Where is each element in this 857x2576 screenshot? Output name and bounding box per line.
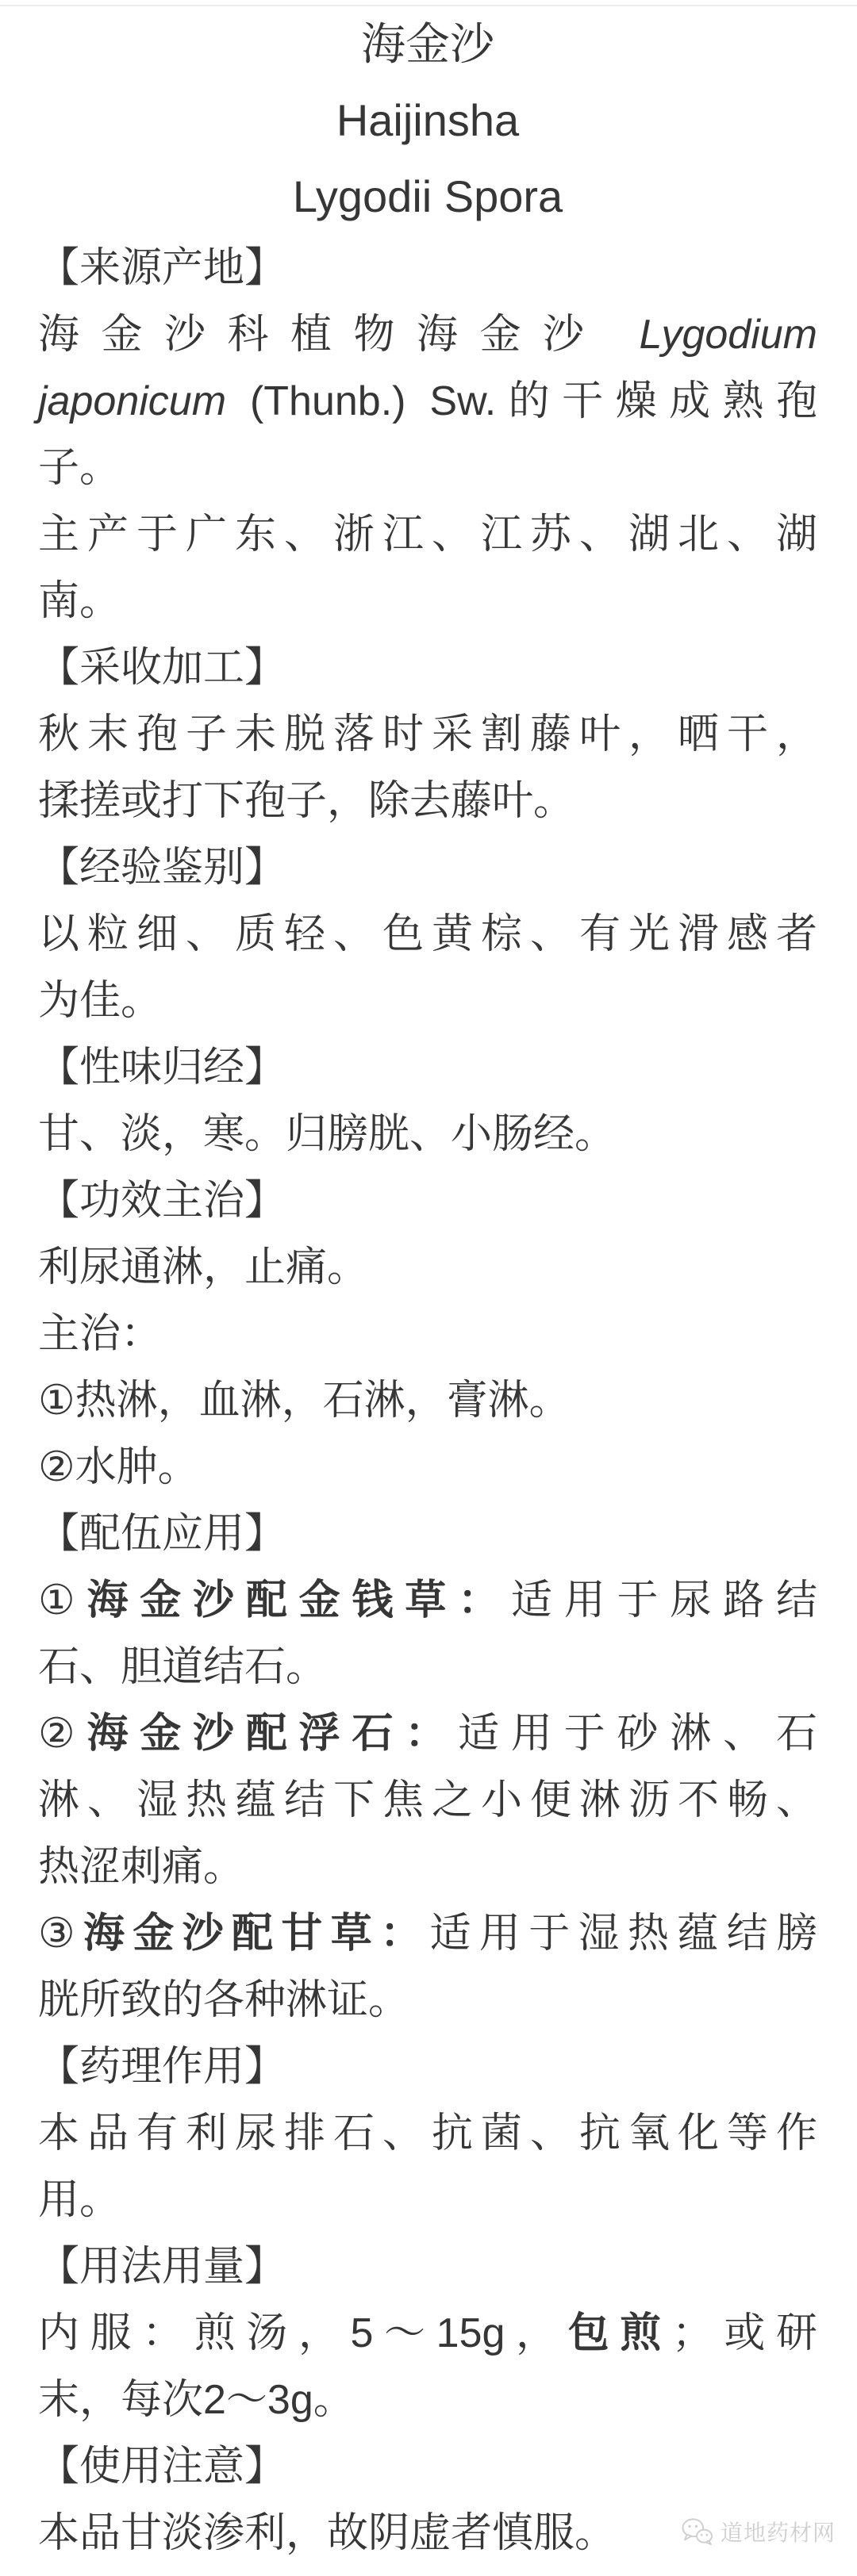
doc-line: ①热淋，血淋，石淋，膏淋。 xyxy=(38,1367,817,1434)
doc-line: 本品有利尿排石、抗菌、抗氧化等作 xyxy=(38,2100,817,2167)
doc-line: 以粒细、质轻、色黄棕、有光滑感者 xyxy=(38,901,817,968)
section-heading-combination: 【配伍应用】 xyxy=(38,1501,817,1567)
doc-line: 淋、湿热蕴结下焦之小便淋沥不畅、 xyxy=(38,1767,817,1834)
doc-line: 为佳。 xyxy=(38,968,817,1034)
doc-line: ①海金沙配金钱草：适用于尿路结 xyxy=(38,1567,817,1634)
text-run: ②水肿。 xyxy=(38,1444,199,1490)
text-run: 秋末孢子未脱落时采割藤叶，晒干， xyxy=(38,711,817,757)
doc-line: ②水肿。 xyxy=(38,1434,817,1501)
text-run: 【使用注意】 xyxy=(38,2444,286,2490)
text-run: 海金沙 xyxy=(361,19,494,69)
section-heading-pharmacology: 【药理作用】 xyxy=(38,2034,817,2100)
text-run: Lygodii Spora xyxy=(293,171,563,221)
text-run: 内服：煎汤，5～15g， xyxy=(38,2310,568,2356)
doc-line: ③海金沙配甘草：适用于湿热蕴结膀 xyxy=(38,1900,817,1967)
text-run: ；或研 xyxy=(672,2310,817,2356)
text-run: japonicum xyxy=(38,378,226,424)
doc-line: 甘、淡，寒。归膀胱、小肠经。 xyxy=(38,1101,817,1167)
doc-line: 南。 xyxy=(38,568,817,634)
text-run: 利尿通淋，止痛。 xyxy=(38,1244,368,1290)
text-run: 本品有利尿排石、抗菌、抗氧化等作 xyxy=(38,2110,817,2156)
text-run: 【配伍应用】 xyxy=(38,1511,286,1557)
text-run: 【用法用量】 xyxy=(38,2244,286,2290)
text-run: ② xyxy=(38,1711,86,1757)
doc-line: 海金沙科植物海金沙 Lygodium xyxy=(38,301,817,368)
text-run: 子。 xyxy=(38,445,121,491)
doc-line: 石、胆道结石。 xyxy=(38,1634,817,1700)
text-run: 海金沙科植物海金沙 xyxy=(38,312,639,358)
doc-line: 热涩刺痛。 xyxy=(38,1834,817,1900)
text-run: 主产于广东、浙江、江苏、湖北、湖 xyxy=(38,512,817,558)
text-run: 用。 xyxy=(38,2177,121,2223)
doc-line: 揉搓或打下孢子，除去藤叶。 xyxy=(38,768,817,834)
text-run: 石、胆道结石。 xyxy=(38,1644,327,1690)
text-run: 南。 xyxy=(38,578,121,624)
doc-line: 胱所致的各种淋证。 xyxy=(38,1967,817,2034)
doc-line: 主治： xyxy=(38,1301,817,1367)
doc-line: 利尿通淋，止痛。 xyxy=(38,1234,817,1301)
doc-line: 末，每次2～3g。 xyxy=(38,2367,817,2433)
doc-line: 用。 xyxy=(38,2167,817,2233)
text-run: 海金沙配甘草： xyxy=(83,1911,430,1957)
text-run: 适用于尿路结 xyxy=(511,1577,817,1623)
text-run: ① xyxy=(38,1577,86,1623)
doc-line: 主产于广东、浙江、江苏、湖北、湖 xyxy=(38,501,817,568)
section-heading-caution: 【使用注意】 xyxy=(38,2433,817,2500)
watermark-text: 道地药材网 xyxy=(721,2516,836,2547)
page: { "colors": { "text": "#363636", "backgr… xyxy=(0,0,857,2576)
text-run: ③ xyxy=(38,1911,83,1957)
text-run: 甘、淡，寒。归膀胱、小肠经。 xyxy=(38,1111,616,1157)
section-heading-harvest: 【采收加工】 xyxy=(38,634,817,701)
text-run: 【药理作用】 xyxy=(38,2044,286,2090)
text-run: 海金沙配浮石： xyxy=(86,1711,458,1757)
watermark: 道地药材网 xyxy=(681,2516,836,2547)
text-run: Haijinsha xyxy=(336,95,519,145)
title-pinyin: Haijinsha xyxy=(38,82,817,159)
text-run: 以粒细、质轻、色黄棕、有光滑感者 xyxy=(38,911,817,957)
text-run: 【性味归经】 xyxy=(38,1045,286,1091)
text-run: 【采收加工】 xyxy=(38,645,286,691)
text-run: ①热淋，血淋，石淋，膏淋。 xyxy=(38,1378,571,1424)
section-heading-nature: 【性味归经】 xyxy=(38,1034,817,1101)
text-run: 海金沙配金钱草： xyxy=(86,1577,510,1623)
text-run: 揉搓或打下孢子，除去藤叶。 xyxy=(38,778,575,824)
doc-line: 子。 xyxy=(38,435,817,501)
section-heading-effect: 【功效主治】 xyxy=(38,1167,817,1234)
section-heading-identify: 【经验鉴别】 xyxy=(38,834,817,901)
doc-line: 内服：煎汤，5～15g，包煎；或研 xyxy=(38,2300,817,2367)
text-run: 【来源产地】 xyxy=(38,245,286,291)
section-heading-dosage: 【用法用量】 xyxy=(38,2233,817,2300)
text-run: Lygodium xyxy=(639,312,817,358)
text-run: 适用于砂淋、石 xyxy=(458,1711,817,1757)
doc-line: japonicum (Thunb.) Sw.的干燥成熟孢 xyxy=(38,368,817,435)
text-run: 主治： xyxy=(38,1311,162,1357)
doc-line: 秋末孢子未脱落时采割藤叶，晒干， xyxy=(38,701,817,768)
text-run: 本品甘淡渗利，故阴虚者慎服。 xyxy=(38,2510,616,2556)
text-run: 末，每次2～3g。 xyxy=(38,2377,355,2423)
section-heading-source: 【来源产地】 xyxy=(38,235,817,301)
text-run: 包煎 xyxy=(568,2310,672,2356)
text-run: 【经验鉴别】 xyxy=(38,845,286,891)
text-run: 胱所致的各种淋证。 xyxy=(38,1977,409,2023)
text-run: (Thunb.) Sw.的干燥成熟孢 xyxy=(226,378,817,424)
wechat-logo-icon xyxy=(681,2517,714,2546)
document-body: 海金沙HaijinshaLygodii Spora【来源产地】海金沙科植物海金沙… xyxy=(38,6,817,2566)
text-run: 热涩刺痛。 xyxy=(38,1844,244,1890)
text-run: 淋、湿热蕴结下焦之小便淋沥不畅、 xyxy=(38,1777,817,1823)
title-zh: 海金沙 xyxy=(38,6,817,82)
text-run: 为佳。 xyxy=(38,978,162,1024)
title-latin: Lygodii Spora xyxy=(38,159,817,235)
doc-line: ②海金沙配浮石：适用于砂淋、石 xyxy=(38,1700,817,1767)
text-run: 适用于湿热蕴结膀 xyxy=(429,1911,817,1957)
text-run: 【功效主治】 xyxy=(38,1178,286,1224)
